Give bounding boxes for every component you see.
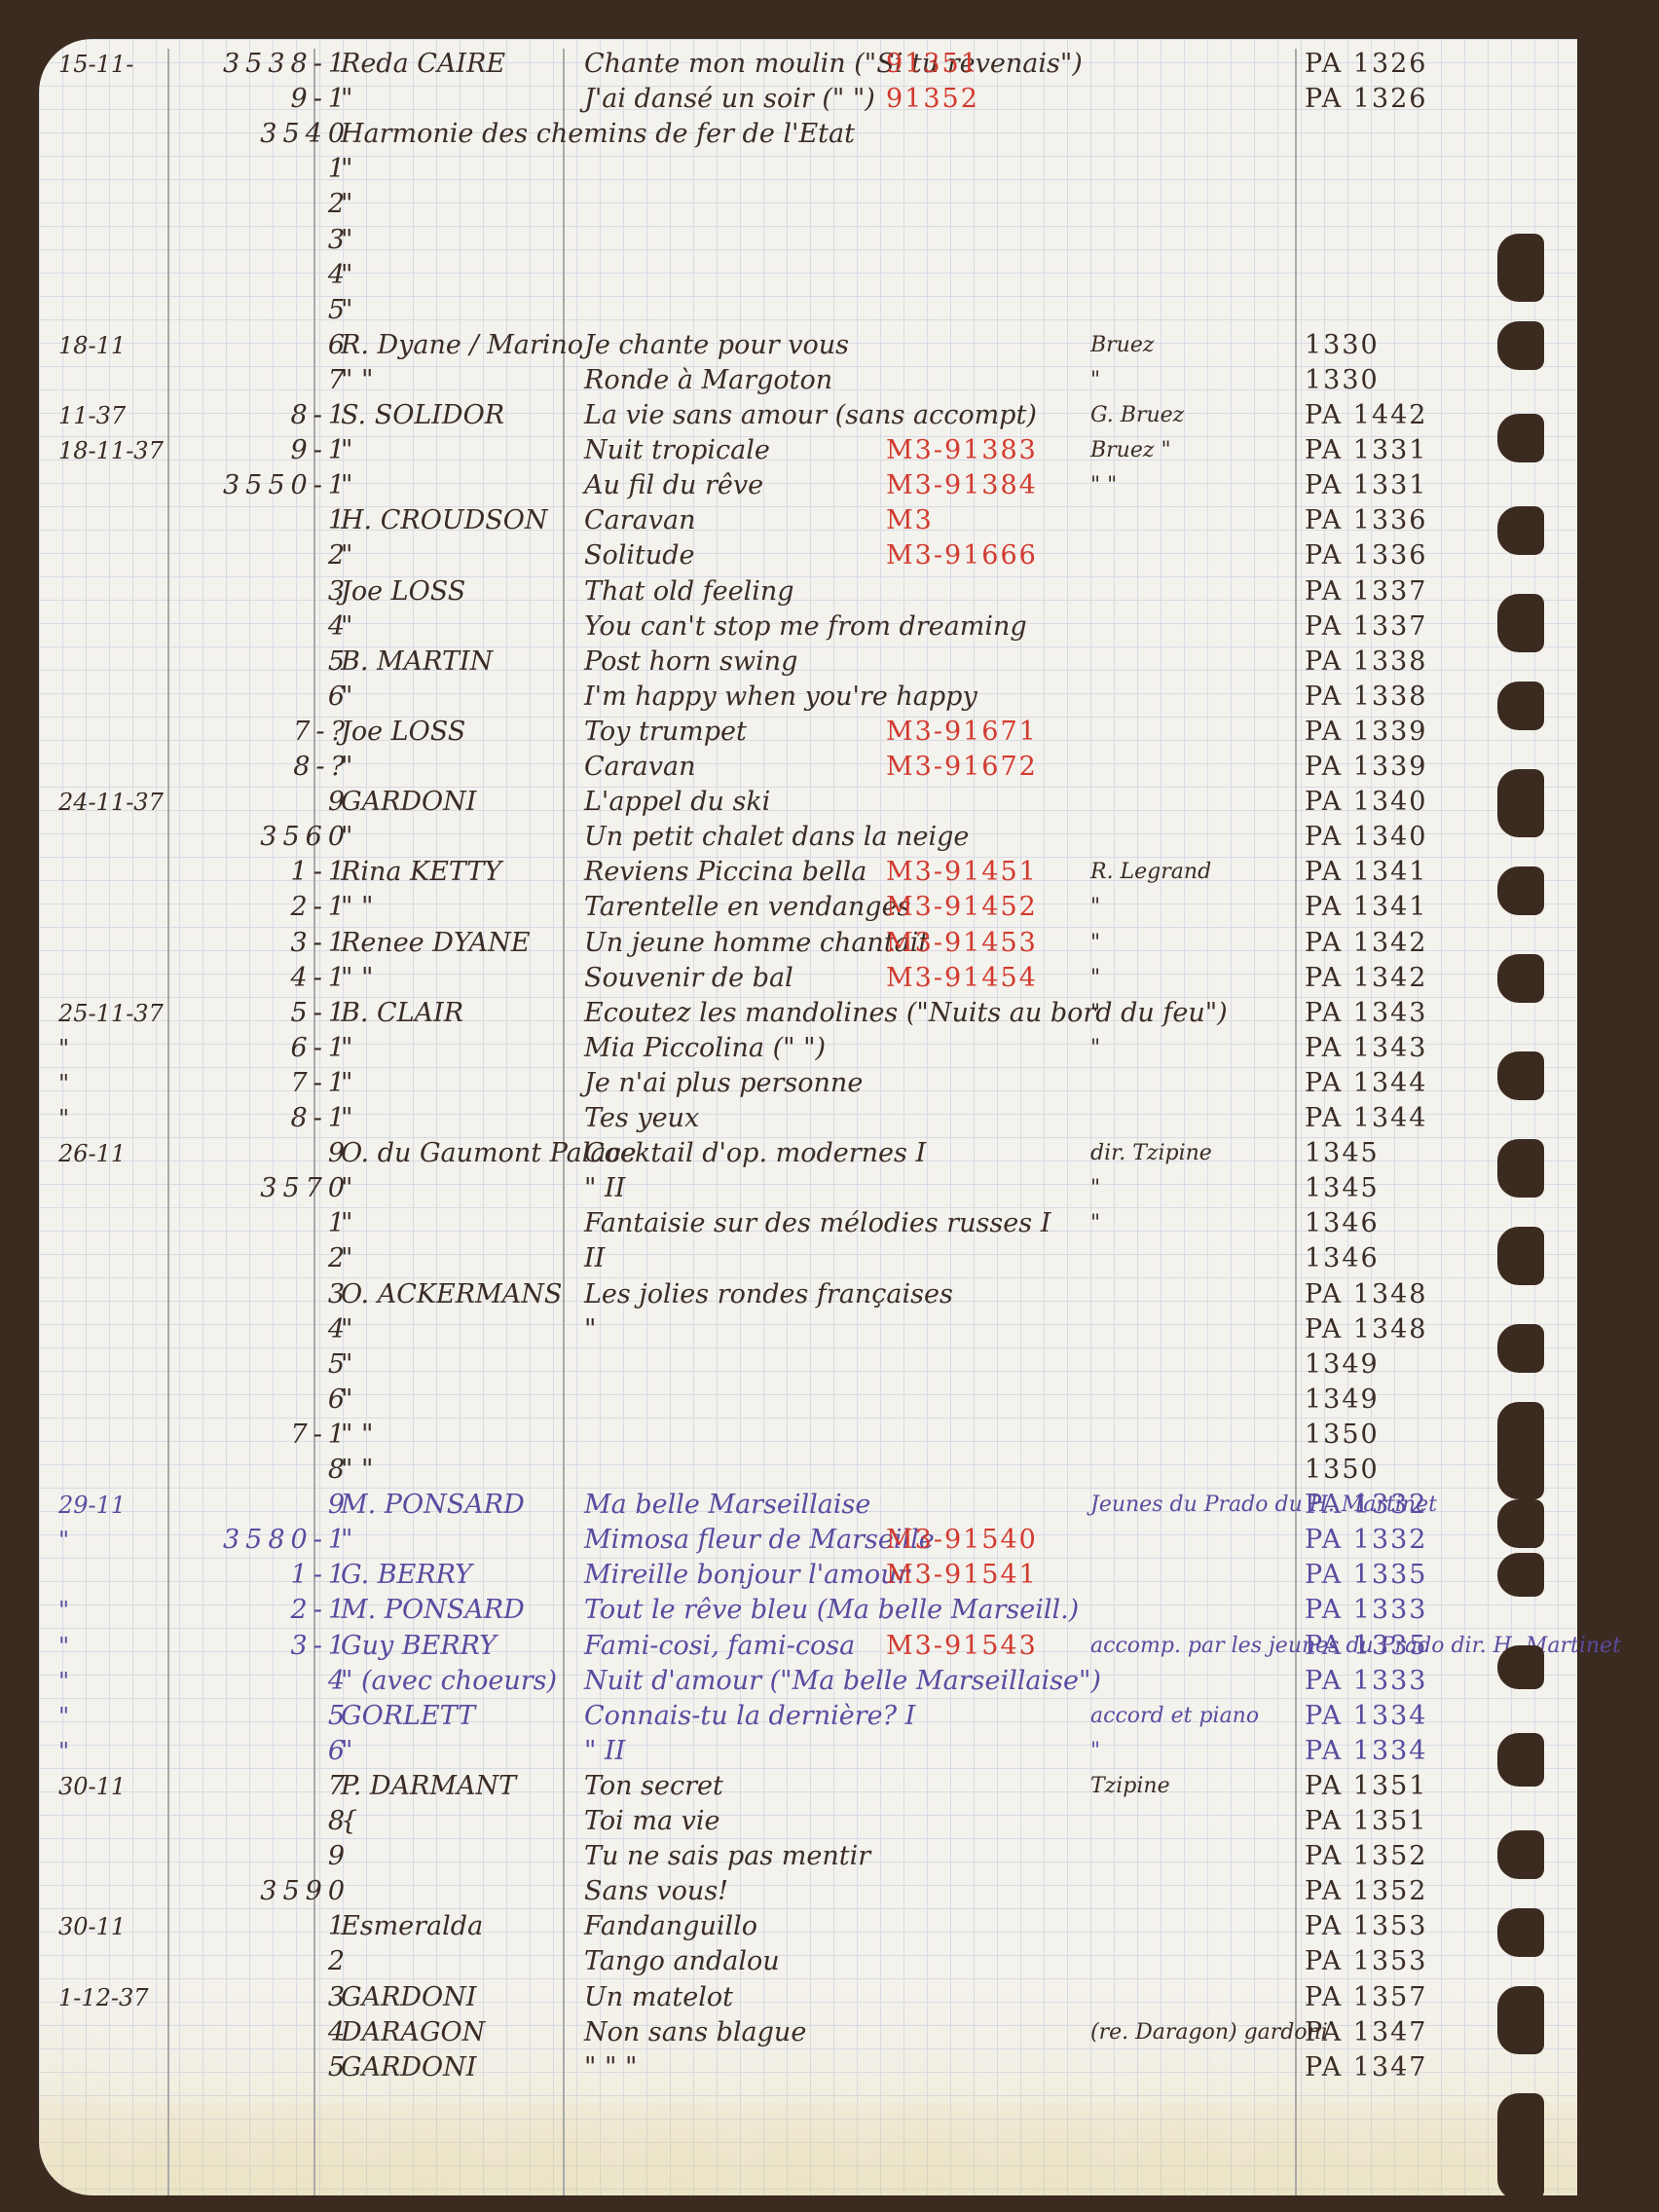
note-cell: Bruez: [1090, 328, 1154, 363]
title-cell: That old feeling: [584, 574, 794, 609]
number-cell: 1-1: [185, 855, 350, 890]
artist-cell: ": [341, 468, 352, 503]
date-cell: ": [58, 1734, 204, 1769]
title-cell: Ma belle Marseillaise: [584, 1488, 870, 1523]
catalogue-cell: PA 1338: [1305, 680, 1427, 715]
matrix-cell: 91352: [886, 82, 979, 117]
artist-cell: ": [341, 293, 352, 328]
artist-cell: M. PONSARD: [341, 1488, 525, 1523]
title-cell: Nuit d'amour ("Ma belle Marseillaise"): [584, 1664, 1101, 1699]
ledger-row: 4DARAGONNon sans blague(re. Daragon) gar…: [39, 2015, 1538, 2050]
catalogue-cell: PA 1348: [1305, 1277, 1427, 1312]
matrix-cell: M3-91451: [886, 855, 1038, 890]
date-cell: 11-37: [58, 398, 204, 433]
note-cell: Bruez ": [1090, 433, 1171, 468]
binder-hole: [1497, 506, 1544, 555]
ledger-row: "2-1M. PONSARDTout le rêve bleu (Ma bell…: [39, 1593, 1538, 1628]
catalogue-cell: 1330: [1305, 363, 1380, 398]
title-cell: Caravan: [584, 503, 696, 538]
binder-hole: [1497, 866, 1544, 915]
note-cell: (re. Daragon) gardoni: [1090, 2015, 1328, 2050]
artist-cell: M. PONSARD: [341, 1593, 525, 1628]
artist-cell: ": [341, 820, 352, 855]
number-cell: 3: [185, 574, 350, 609]
title-cell: Tu ne sais pas mentir: [584, 1839, 870, 1874]
ledger-row: "6-1"Mia Piccolina (" ")"PA 1343: [39, 1031, 1538, 1066]
artist-cell: " ": [341, 890, 373, 925]
title-cell: Fami-cosi, fami-cosa: [584, 1629, 855, 1664]
number-cell: 9: [185, 1136, 350, 1171]
catalogue-cell: PA 1339: [1305, 715, 1427, 750]
number-cell: 5: [185, 293, 350, 328]
catalogue-cell: PA 1334: [1305, 1734, 1427, 1769]
ledger-row: 1H. CROUDSONCaravanM3PA 1336: [39, 503, 1538, 538]
artist-cell: " ": [341, 1453, 373, 1488]
artist-cell: Reda CAIRE: [341, 47, 505, 82]
artist-cell: Rina KETTY: [341, 855, 501, 890]
catalogue-cell: PA 1357: [1305, 1980, 1427, 2015]
title-cell: Un jeune homme chantait: [584, 926, 929, 961]
ledger-row: 4-1" "Souvenir de balM3-91454"PA 1342: [39, 961, 1538, 996]
matrix-cell: M3-91454: [886, 961, 1038, 996]
ledger-row: 7-?Joe LOSSToy trumpetM3-91671PA 1339: [39, 715, 1538, 750]
ledger-row: 2-1" "Tarentelle en vendangesM3-91452"PA…: [39, 890, 1538, 925]
artist-cell: Esmeralda: [341, 1909, 483, 1944]
date-cell: ": [58, 1101, 204, 1136]
ledger-row: 4"You can't stop me from dreamingPA 1337: [39, 609, 1538, 645]
number-cell: 2-1: [185, 1593, 350, 1628]
date-cell: 25-11-37: [58, 996, 204, 1031]
matrix-cell: M3-91452: [886, 890, 1038, 925]
artist-cell: P. DARMANT: [341, 1769, 516, 1804]
title-cell: J'ai dansé un soir (" "): [584, 82, 875, 117]
title-cell: Reviens Piccina bella: [584, 855, 866, 890]
ledger-row: 8" "1350: [39, 1453, 1538, 1488]
catalogue-cell: PA 1344: [1305, 1066, 1427, 1101]
binder-hole: [1497, 1227, 1544, 1285]
note-cell: ": [1090, 890, 1100, 925]
note-cell: ": [1090, 996, 1100, 1031]
ledger-row: "5GORLETTConnais-tu la dernière? Iaccord…: [39, 1699, 1538, 1734]
title-cell: Nuit tropicale: [584, 433, 770, 468]
artist-cell: ": [341, 1066, 352, 1101]
title-cell: Fandanguillo: [584, 1909, 757, 1944]
catalogue-cell: PA 1347: [1305, 2015, 1427, 2050]
catalogue-cell: PA 1340: [1305, 785, 1427, 820]
title-cell: Les jolies rondes françaises: [584, 1277, 953, 1312]
artist-cell: S. SOLIDOR: [341, 398, 504, 433]
artist-cell: ": [341, 1171, 352, 1206]
ledger-row: 5"1349: [39, 1347, 1538, 1382]
date-cell: ": [58, 1523, 204, 1558]
title-cell: Au fil du rêve: [584, 468, 763, 503]
ledger-row: 18-11-379-1"Nuit tropicaleM3-91383Bruez …: [39, 433, 1538, 468]
catalogue-cell: PA 1341: [1305, 855, 1427, 890]
binder-hole: [1497, 2093, 1544, 2200]
title-cell: Caravan: [584, 750, 696, 785]
number-cell: 6: [185, 680, 350, 715]
title-cell: Tango andalou: [584, 1944, 780, 1979]
binder-hole: [1497, 1402, 1544, 1499]
artist-cell: GORLETT: [341, 1699, 475, 1734]
matrix-cell: 91351: [886, 47, 979, 82]
number-cell: 7-1: [185, 1066, 350, 1101]
number-cell: 2: [185, 187, 350, 222]
artist-cell: Guy BERRY: [341, 1629, 497, 1664]
catalogue-cell: PA 1352: [1305, 1874, 1427, 1909]
artist-cell: ": [341, 433, 352, 468]
catalogue-cell: PA 1333: [1305, 1664, 1427, 1699]
number-cell: 3580-1: [185, 1523, 350, 1558]
ledger-row: 30-111EsmeraldaFandanguilloPA 1353: [39, 1909, 1538, 1944]
matrix-cell: M3-91541: [886, 1558, 1038, 1593]
ledger-row: 3": [39, 223, 1538, 258]
title-cell: Cocktail d'op. modernes I: [584, 1136, 926, 1171]
title-cell: Sans vous!: [584, 1874, 728, 1909]
number-cell: 8: [185, 1804, 350, 1839]
number-cell: 6: [185, 328, 350, 363]
date-cell: 26-11: [58, 1136, 204, 1171]
binder-hole: [1497, 1553, 1544, 1597]
artist-cell: ": [341, 1382, 352, 1418]
note-cell: ": [1090, 1734, 1100, 1769]
ledger-row: 6"1349: [39, 1382, 1538, 1418]
title-cell: Ecoutez les mandolines ("Nuits au bord d…: [584, 996, 1228, 1031]
catalogue-cell: PA 1332: [1305, 1523, 1427, 1558]
date-cell: 24-11-37: [58, 785, 204, 820]
artist-cell: ": [341, 750, 352, 785]
ledger-row: 9-1"J'ai dansé un soir (" ")91352PA 1326: [39, 82, 1538, 117]
matrix-cell: M3-91383: [886, 433, 1038, 468]
catalogue-cell: 1349: [1305, 1382, 1380, 1418]
catalogue-cell: PA 1334: [1305, 1699, 1427, 1734]
number-cell: 8-?: [185, 750, 350, 785]
ledger-row: 3560"Un petit chalet dans la neigePA 134…: [39, 820, 1538, 855]
date-cell: ": [58, 1031, 204, 1066]
binder-hole: [1497, 1051, 1544, 1100]
artist-cell: ": [341, 187, 352, 222]
ledger-row: 15-11-3538-1Reda CAIREChante mon moulin …: [39, 47, 1538, 82]
binder-hole: [1497, 594, 1544, 652]
artist-cell: ": [341, 1312, 352, 1347]
artist-cell: ": [341, 152, 352, 187]
title-cell: Un petit chalet dans la neige: [584, 820, 969, 855]
catalogue-cell: PA 1326: [1305, 47, 1427, 82]
artist-cell: " (avec choeurs): [341, 1664, 557, 1699]
title-cell: ": [584, 1312, 596, 1347]
note-cell: R. Legrand: [1090, 855, 1211, 890]
binder-hole: [1497, 1499, 1544, 1548]
artist-cell: ": [341, 1031, 352, 1066]
binder-hole: [1497, 1324, 1544, 1373]
number-cell: 1: [185, 503, 350, 538]
catalogue-cell: PA 1353: [1305, 1909, 1427, 1944]
ledger-row: 30-117P. DARMANTTon secretTzipinePA 1351: [39, 1769, 1538, 1804]
number-cell: 1: [185, 152, 350, 187]
ledger-row: 4": [39, 258, 1538, 293]
number-cell: 9-1: [185, 82, 350, 117]
title-cell: " II: [584, 1171, 625, 1206]
number-cell: 4: [185, 258, 350, 293]
ledger-row: 18-116R. Dyane / MarinoJe chante pour vo…: [39, 328, 1538, 363]
artist-cell: G. BERRY: [341, 1558, 472, 1593]
ledger-row: 3550-1"Au fil du rêveM3-91384" "PA 1331: [39, 468, 1538, 503]
matrix-cell: M3-91384: [886, 468, 1038, 503]
ledger-row: 2": [39, 187, 1538, 222]
title-cell: L'appel du ski: [584, 785, 770, 820]
ledger-row: "8-1"Tes yeuxPA 1344: [39, 1101, 1538, 1136]
artist-cell: Joe LOSS: [341, 715, 465, 750]
number-cell: 3: [185, 223, 350, 258]
artist-cell: " ": [341, 363, 373, 398]
number-cell: 3: [185, 1980, 350, 2015]
ledger-row: "6"" II"PA 1334: [39, 1734, 1538, 1769]
title-cell: Un matelot: [584, 1980, 733, 2015]
note-cell: G. Bruez: [1090, 398, 1184, 433]
number-cell: 4-1: [185, 961, 350, 996]
artist-cell: B. CLAIR: [341, 996, 463, 1031]
catalogue-cell: PA 1351: [1305, 1804, 1427, 1839]
artist-cell: " ": [341, 1418, 373, 1453]
date-cell: 30-11: [58, 1769, 204, 1804]
number-cell: 2: [185, 1241, 350, 1276]
artist-cell: Harmonie des chemins de fer de l'Etat: [341, 117, 855, 152]
date-cell: ": [58, 1593, 204, 1628]
title-cell: Tarentelle en vendanges: [584, 890, 910, 925]
catalogue-cell: PA 1352: [1305, 1839, 1427, 1874]
catalogue-cell: PA 1326: [1305, 82, 1427, 117]
title-cell: Non sans blague: [584, 2015, 806, 2050]
artist-cell: ": [341, 1734, 352, 1769]
catalogue-cell: 1330: [1305, 328, 1380, 363]
artist-cell: " ": [341, 961, 373, 996]
artist-cell: ": [341, 1206, 352, 1241]
ledger-row: 8{Toi ma viePA 1351: [39, 1804, 1538, 1839]
ledger-row: 4""PA 1348: [39, 1312, 1538, 1347]
binder-hole: [1497, 769, 1544, 837]
number-cell: 5: [185, 1699, 350, 1734]
number-cell: 5-1: [185, 996, 350, 1031]
date-cell: 18-11: [58, 328, 204, 363]
ledger-row: 1-12-373GARDONIUn matelotPA 1357: [39, 1980, 1538, 2015]
artist-cell: R. Dyane / Marino: [341, 328, 583, 363]
ledger-row: 1-1Rina KETTYReviens Piccina bellaM3-914…: [39, 855, 1538, 890]
binder-hole: [1497, 1139, 1544, 1198]
catalogue-cell: PA 1344: [1305, 1101, 1427, 1136]
number-cell: 3538-1: [185, 47, 350, 82]
number-cell: 5: [185, 2050, 350, 2085]
title-cell: Souvenir de bal: [584, 961, 793, 996]
number-cell: 7-1: [185, 1418, 350, 1453]
number-cell: 8: [185, 1453, 350, 1488]
title-cell: Solitude: [584, 538, 695, 573]
note-cell: Tzipine: [1090, 1769, 1170, 1804]
artist-cell: Renee DYANE: [341, 926, 530, 961]
ledger-row: 1-1G. BERRYMireille bonjour l'amourM3-91…: [39, 1558, 1538, 1593]
artist-cell: O. ACKERMANS: [341, 1277, 562, 1312]
ledger-row: 6"I'm happy when you're happyPA 1338: [39, 680, 1538, 715]
ledger-row: "7-1"Je n'ai plus personnePA 1344: [39, 1066, 1538, 1101]
catalogue-cell: 1345: [1305, 1171, 1380, 1206]
matrix-cell: M3-91453: [886, 926, 1038, 961]
artist-cell: DARAGON: [341, 2015, 485, 2050]
ledger-row: 5B. MARTINPost horn swingPA 1338: [39, 645, 1538, 680]
title-cell: " " ": [584, 2050, 637, 2085]
number-cell: 3590: [185, 1874, 350, 1909]
date-cell: 30-11: [58, 1909, 204, 1944]
ledger-row: 3-1Renee DYANEUn jeune homme chantaitM3-…: [39, 926, 1538, 961]
binder-hole: [1497, 954, 1544, 1003]
ledger-row: 25-11-375-1B. CLAIREcoutez les mandoline…: [39, 996, 1538, 1031]
catalogue-cell: PA 1336: [1305, 503, 1427, 538]
number-cell: 1: [185, 1909, 350, 1944]
binder-hole: [1497, 1733, 1544, 1787]
note-cell: ": [1090, 961, 1100, 996]
note-cell: ": [1090, 1206, 1100, 1241]
number-cell: 9: [185, 785, 350, 820]
title-cell: II: [584, 1241, 605, 1276]
catalogue-cell: 1345: [1305, 1136, 1380, 1171]
title-cell: Ronde à Margoton: [584, 363, 832, 398]
matrix-cell: M3-91672: [886, 750, 1038, 785]
binder-hole: [1497, 234, 1544, 302]
title-cell: Toi ma vie: [584, 1804, 720, 1839]
matrix-cell: M3-91543: [886, 1629, 1038, 1664]
catalogue-cell: PA 1343: [1305, 1031, 1427, 1066]
number-cell: 7: [185, 363, 350, 398]
catalogue-cell: PA 1335: [1305, 1629, 1427, 1664]
ledger-row: 3540Harmonie des chemins de fer de l'Eta…: [39, 117, 1538, 152]
artist-cell: ": [341, 223, 352, 258]
note-cell: dir. Tzipine: [1090, 1136, 1212, 1171]
artist-cell: ": [341, 680, 352, 715]
ledger-row: 3O. ACKERMANSLes jolies rondes française…: [39, 1277, 1538, 1312]
binder-hole: [1497, 321, 1544, 370]
number-cell: 4: [185, 609, 350, 645]
title-cell: Ton secret: [584, 1769, 723, 1804]
ledger-row: 1": [39, 152, 1538, 187]
ledger-row: 8-?"CaravanM3-91672PA 1339: [39, 750, 1538, 785]
ledger-row: "3-1Guy BERRYFami-cosi, fami-cosaM3-9154…: [39, 1629, 1538, 1664]
ledger-row: 7" "Ronde à Margoton"1330: [39, 363, 1538, 398]
matrix-cell: M3-91671: [886, 715, 1038, 750]
ledger-row: 29-119M. PONSARDMa belle MarseillaiseJeu…: [39, 1488, 1538, 1523]
catalogue-cell: 1350: [1305, 1418, 1380, 1453]
binder-hole: [1497, 1986, 1544, 2054]
number-cell: 3570: [185, 1171, 350, 1206]
catalogue-cell: PA 1333: [1305, 1593, 1427, 1628]
number-cell: 3560: [185, 820, 350, 855]
ledger-row: 5": [39, 293, 1538, 328]
number-cell: 2: [185, 538, 350, 573]
artist-cell: H. CROUDSON: [341, 503, 548, 538]
number-cell: 9: [185, 1839, 350, 1874]
note-cell: ": [1090, 1171, 1100, 1206]
date-cell: ": [58, 1066, 204, 1101]
number-cell: 6-1: [185, 1031, 350, 1066]
number-cell: 9-1: [185, 433, 350, 468]
title-cell: I'm happy when you're happy: [584, 680, 977, 715]
ledger-row: 11-378-1S. SOLIDORLa vie sans amour (san…: [39, 398, 1538, 433]
catalogue-cell: PA 1353: [1305, 1944, 1427, 1979]
catalogue-cell: PA 1348: [1305, 1312, 1427, 1347]
date-cell: ": [58, 1664, 204, 1699]
title-cell: Post horn swing: [584, 645, 797, 680]
ledger-row: 9Tu ne sais pas mentirPA 1352: [39, 1839, 1538, 1874]
title-cell: Mimosa fleur de Marseille: [584, 1523, 935, 1558]
artist-cell: B. MARTIN: [341, 645, 493, 680]
catalogue-cell: PA 1342: [1305, 961, 1427, 996]
title-cell: La vie sans amour (sans accompt): [584, 398, 1037, 433]
date-cell: 15-11-: [58, 47, 204, 82]
title-cell: Fantaisie sur des mélodies russes I: [584, 1206, 1051, 1241]
catalogue-cell: 1346: [1305, 1241, 1380, 1276]
binder-hole: [1497, 1645, 1544, 1689]
ledger-row: 1"Fantaisie sur des mélodies russes I"13…: [39, 1206, 1538, 1241]
number-cell: 4: [185, 2015, 350, 2050]
number-cell: 8-1: [185, 398, 350, 433]
title-cell: Chante mon moulin ("Si tu revenais"): [584, 47, 1083, 82]
note-cell: accord et piano: [1090, 1699, 1259, 1734]
artist-cell: ": [341, 1347, 352, 1382]
catalogue-cell: PA 1331: [1305, 433, 1427, 468]
ledger-row: 3570"" II"1345: [39, 1171, 1538, 1206]
catalogue-cell: PA 1331: [1305, 468, 1427, 503]
ledger-row: 2Tango andalouPA 1353: [39, 1944, 1538, 1979]
ledger-page: 15-11-3538-1Reda CAIREChante mon moulin …: [39, 39, 1577, 2195]
matrix-cell: M3-91540: [886, 1523, 1038, 1558]
date-cell: 29-11: [58, 1488, 204, 1523]
artist-cell: GARDONI: [341, 2050, 476, 2085]
number-cell: 8-1: [185, 1101, 350, 1136]
note-cell: ": [1090, 363, 1100, 398]
catalogue-cell: PA 1335: [1305, 1558, 1427, 1593]
number-cell: 3550-1: [185, 468, 350, 503]
matrix-cell: M3: [886, 503, 934, 538]
binder-hole: [1497, 1908, 1544, 1957]
number-cell: 2: [185, 1944, 350, 1979]
artist-cell: ": [341, 609, 352, 645]
title-cell: Mireille bonjour l'amour: [584, 1558, 909, 1593]
number-cell: 1-1: [185, 1558, 350, 1593]
title-cell: " II: [584, 1734, 625, 1769]
binder-hole: [1497, 1830, 1544, 1879]
catalogue-cell: PA 1338: [1305, 645, 1427, 680]
catalogue-cell: PA 1336: [1305, 538, 1427, 573]
number-cell: 3-1: [185, 1629, 350, 1664]
title-cell: Toy trumpet: [584, 715, 747, 750]
ledger-row: 7-1" "1350: [39, 1418, 1538, 1453]
catalogue-cell: PA 1337: [1305, 609, 1427, 645]
number-cell: 3: [185, 1277, 350, 1312]
date-cell: 18-11-37: [58, 433, 204, 468]
number-cell: 4: [185, 1664, 350, 1699]
ledger-row: 2"SolitudeM3-91666PA 1336: [39, 538, 1538, 573]
artist-cell: GARDONI: [341, 785, 476, 820]
note-cell: " ": [1090, 468, 1117, 503]
artist-cell: ": [341, 1523, 352, 1558]
ledger-row: 2"II1346: [39, 1241, 1538, 1276]
artist-cell: GARDONI: [341, 1980, 476, 2015]
ledger-row: 3Joe LOSSThat old feelingPA 1337: [39, 574, 1538, 609]
catalogue-cell: PA 1332: [1305, 1488, 1427, 1523]
number-cell: 5: [185, 645, 350, 680]
title-cell: You can't stop me from dreaming: [584, 609, 1027, 645]
catalogue-cell: PA 1339: [1305, 750, 1427, 785]
number-cell: 2-1: [185, 890, 350, 925]
catalogue-cell: PA 1340: [1305, 820, 1427, 855]
ledger-row: "4" (avec choeurs)Nuit d'amour ("Ma bell…: [39, 1664, 1538, 1699]
